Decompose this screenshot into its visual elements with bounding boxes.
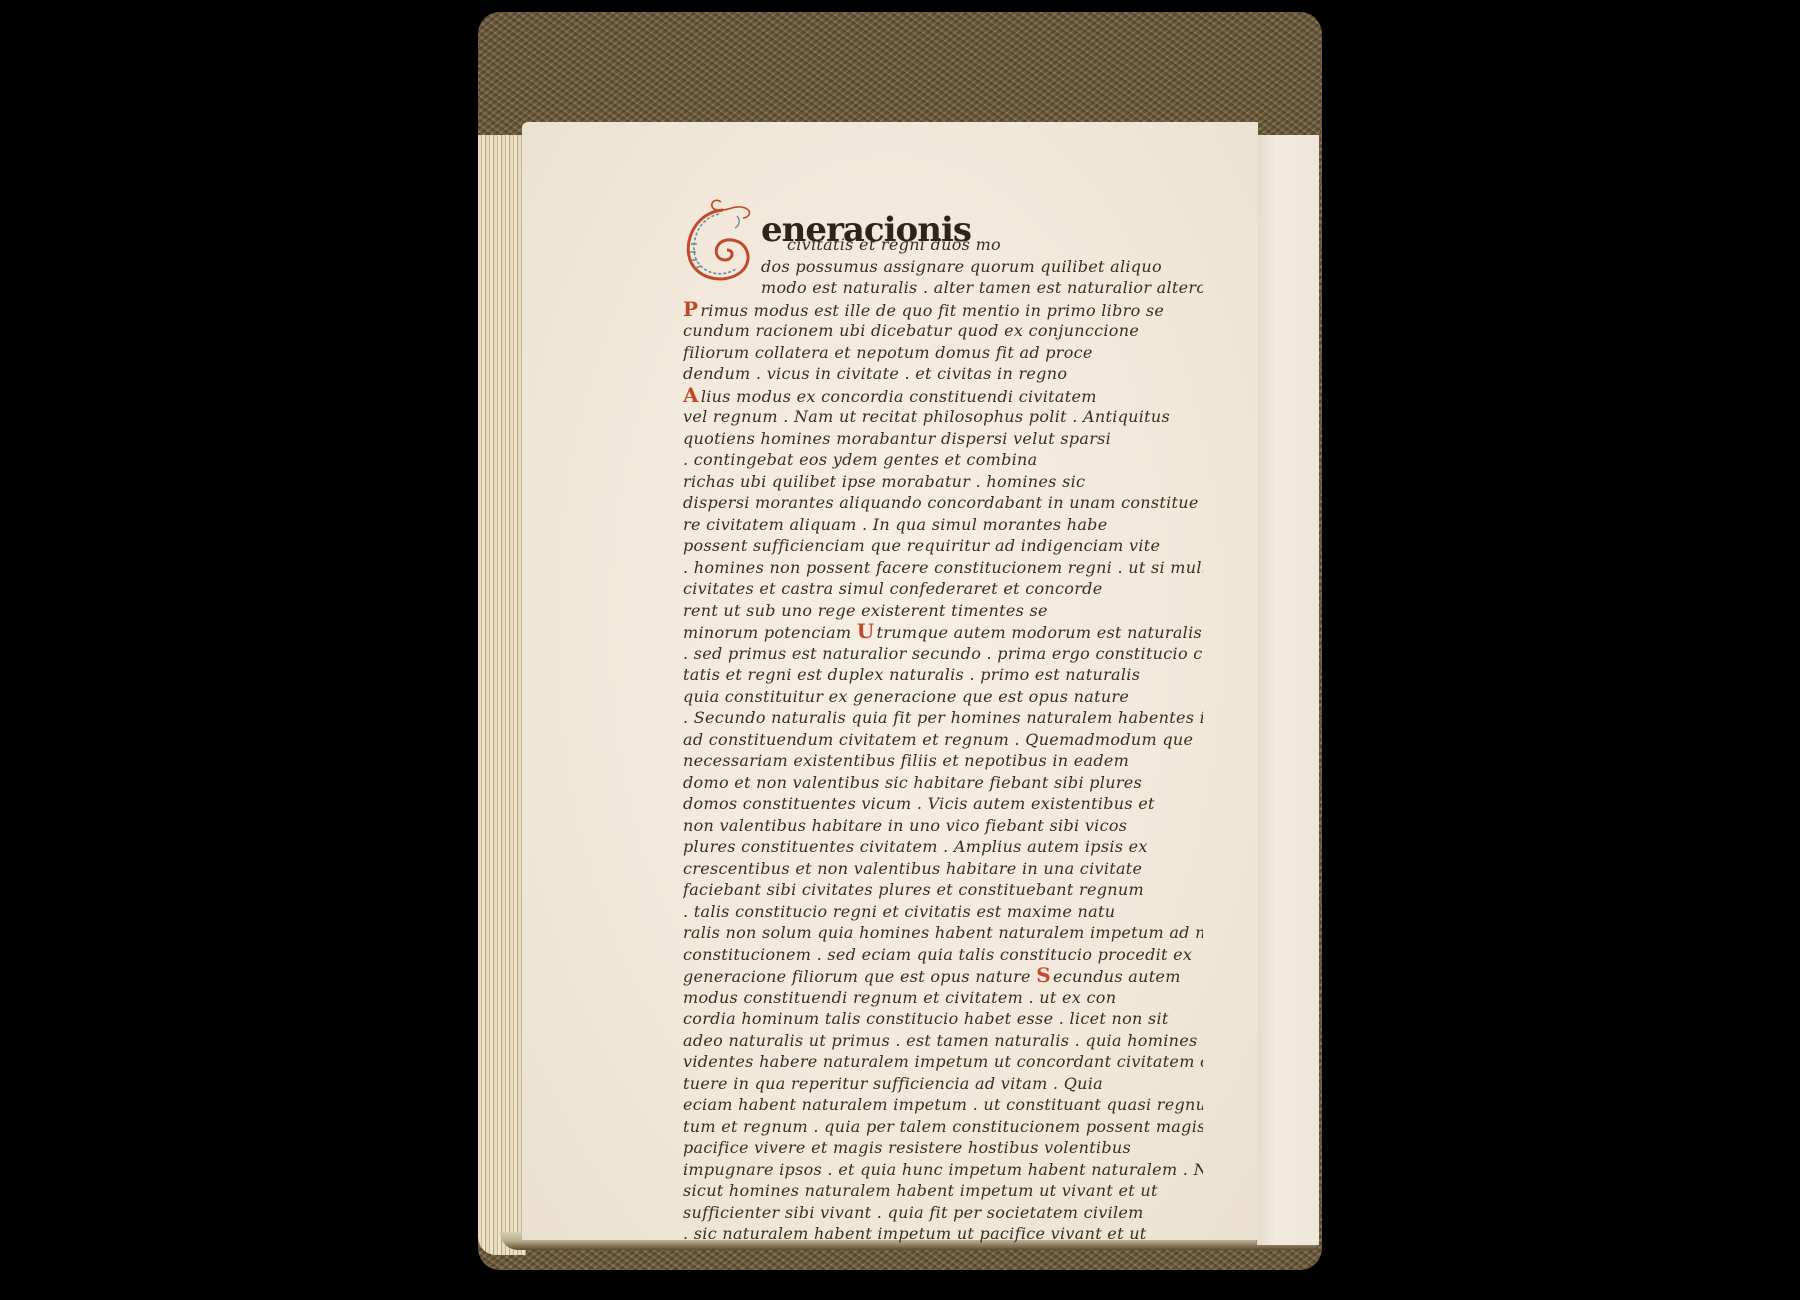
text-line: possent sufficienciam que requiritur ad …: [683, 535, 1203, 557]
text-line: cordia hominum talis constitucio habet e…: [683, 1008, 1203, 1030]
text-line: . contingebat eos ydem gentes et combina: [683, 449, 1203, 471]
text-line: Primus modus est ille de quo fit mentio …: [683, 299, 1203, 321]
text-line: vel regnum . Nam ut recitat philosophus …: [683, 406, 1203, 428]
facing-page-edge: [1256, 135, 1319, 1245]
text-line: . sic naturalem habent impetum ut pacifi…: [683, 1223, 1203, 1245]
text-line: tum et regnum . quia per talem constituc…: [683, 1116, 1203, 1138]
text-line: re civitatem aliquam . In qua simul mora…: [683, 514, 1203, 536]
text-line: adeo naturalis ut primus . est tamen nat…: [683, 1030, 1203, 1052]
rubric-initial: P: [683, 299, 698, 321]
rubric-initial: U: [857, 621, 875, 643]
text-line: sufficienter sibi vivant . quia fit per …: [683, 1202, 1203, 1224]
text-line: plures constituentes civitatem . Amplius…: [683, 836, 1203, 858]
page-stack-edge: [478, 135, 526, 1255]
text-line: cundum racionem ubi dicebatur quod ex co…: [683, 320, 1203, 342]
text-line: minorum potenciam Utrumque autem modorum…: [683, 621, 1203, 643]
text-line: civitatis et regni duos mo: [683, 234, 1203, 256]
text-line: modus constituendi regnum et civitatem .…: [683, 987, 1203, 1009]
text-line: . Secundo naturalis quia fit per homines…: [683, 707, 1203, 729]
text-line: dispersi morantes aliquando concordabant…: [683, 492, 1203, 514]
text-line: domos constituentes vicum . Vicis autem …: [683, 793, 1203, 815]
text-line: non valentibus habitare in uno vico fieb…: [683, 815, 1203, 837]
text-line: constitucionem . sed eciam quia talis co…: [683, 944, 1203, 966]
rubric-initial: A: [683, 385, 699, 407]
text-line: impugnare ipsos . et quia hunc impetum h…: [683, 1159, 1203, 1181]
text-line: quotiens homines morabantur dispersi vel…: [683, 428, 1203, 450]
text-line: crescentibus et non valentibus habitare …: [683, 858, 1203, 880]
text-line: ralis non solum quia homines habent natu…: [683, 922, 1203, 944]
text-line: necessariam existentibus filiis et nepot…: [683, 750, 1203, 772]
text-line: pacifice vivere et magis resistere hosti…: [683, 1137, 1203, 1159]
text-line: dos possumus assignare quorum quilibet a…: [683, 256, 1203, 278]
text-line: eciam habent naturalem impetum . ut cons…: [683, 1094, 1203, 1116]
text-line: ad constituendum civitatem et regnum . Q…: [683, 729, 1203, 751]
text-line: videntes habere naturalem impetum ut con…: [683, 1051, 1203, 1073]
text-line: quia constituitur ex generacione que est…: [683, 686, 1203, 708]
text-line: . homines non possent facere constitucio…: [683, 557, 1203, 579]
text-line: tatis et regni est duplex naturalis . pr…: [683, 664, 1203, 686]
text-line: . talis constitucio regni et civitatis e…: [683, 901, 1203, 923]
text-line: modo est naturalis . alter tamen est nat…: [683, 277, 1203, 299]
rubric-initial: S: [1036, 965, 1051, 987]
text-line: dendum . vicus in civitate . et civitas …: [683, 363, 1203, 385]
text-block: eneracionis civitatis et regni duos mo d…: [683, 190, 1203, 1030]
text-line: filiorum collatera et nepotum domus fit …: [683, 342, 1203, 364]
text-line: generacione filiorum que est opus nature…: [683, 965, 1203, 987]
text-line: rent ut sub uno rege existerent timentes…: [683, 600, 1203, 622]
text-lines: civitatis et regni duos mo dos possumus …: [683, 234, 1203, 1245]
text-line: domo et non valentibus sic habitare fieb…: [683, 772, 1203, 794]
text-line: faciebant sibi civitates plures et const…: [683, 879, 1203, 901]
text-line: . sed primus est naturalior secundo . pr…: [683, 643, 1203, 665]
text-line: sicut homines naturalem habent impetum u…: [683, 1180, 1203, 1202]
text-line: civitates et castra simul confederaret e…: [683, 578, 1203, 600]
text-line: tuere in qua reperitur sufficiencia ad v…: [683, 1073, 1203, 1095]
text-line: richas ubi quilibet ipse morabatur . hom…: [683, 471, 1203, 493]
text-line: Alius modus ex concordia constituendi ci…: [683, 385, 1203, 407]
